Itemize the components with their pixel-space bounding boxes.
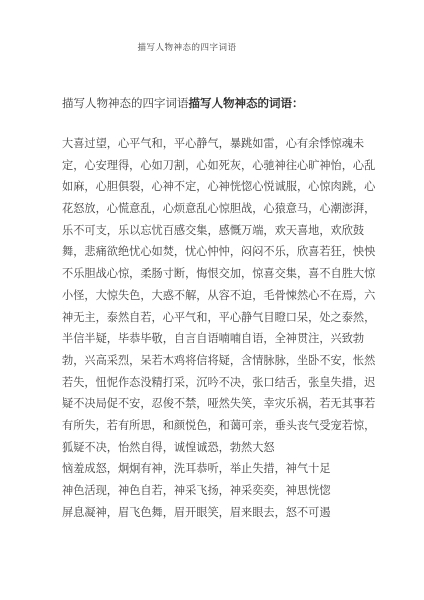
body-text-line: 有所失，若有所思，和颜悦色，和蔼可亲，垂头丧气受宠若惊， xyxy=(62,416,362,438)
document-title-plain: 描写人物神态的四字词语 xyxy=(62,98,189,110)
document-body: 大喜过望，心平气和，平心静气，暴跳如雷，心有余悸惊魂未 定，心安理得，心如刀割，… xyxy=(62,134,362,524)
body-text-line: 大喜过望，心平气和，平心静气，暴跳如雷，心有余悸惊魂未 xyxy=(62,134,362,156)
body-text-line: 如麻，心胆俱裂，心神不定，心神恍惚心悦诚服，心惊肉跳，心 xyxy=(62,177,362,199)
body-text-line: 恼羞成怒，炯炯有神，洗耳恭听，举止失措，神气十足 xyxy=(62,459,362,481)
body-text-line: 疑不决局促不安，忍俊不禁，哑然失笑，幸灾乐祸，若无其事若 xyxy=(62,394,362,416)
document-title: 描写人物神态的四字词语描写人物神态的词语： xyxy=(62,95,382,111)
body-text-line: 神色活现，神色自若，神采飞扬，神采奕奕，神思恍惚 xyxy=(62,481,362,503)
body-text-line: 狐疑不决，怡然自得，诚惶诚恐，勃然大怒 xyxy=(62,438,362,460)
body-text-line: 神无主，泰然自若，心平气和，平心静气目瞪口呆，处之泰然， xyxy=(62,308,362,330)
body-text-line: 勃，兴高采烈，呆若木鸡将信将疑，含情脉脉，坐卧不安，怅然 xyxy=(62,351,362,373)
body-text-line: 乐不可支，乐以忘忧百感交集，感慨万端，欢天喜地，欢欣鼓 xyxy=(62,221,362,243)
body-text-line: 花怒放，心慌意乱，心烦意乱心惊胆战，心猿意马，心潮澎湃， xyxy=(62,199,362,221)
body-text-line: 舞，悲痛欲绝忧心如焚，忧心忡忡，闷闷不乐，欣喜若狂，怏怏 xyxy=(62,242,362,264)
document-page: 描写人物神态的四字词语 描写人物神态的四字词语描写人物神态的词语： 大喜过望，心… xyxy=(0,0,424,600)
body-text-line: 屏息凝神，眉飞色舞，眉开眼笑，眉来眼去，怒不可遏 xyxy=(62,503,362,525)
body-text-line: 小怪，大惊失色，大惑不解，从容不迫，毛骨悚然心不在焉，六 xyxy=(62,286,362,308)
body-text-line: 若失，忸怩作态没精打采，沉吟不决，张口结舌，张皇失措，迟 xyxy=(62,373,362,395)
body-text-line: 不乐胆战心惊，柔肠寸断，悔恨交加，惊喜交集，喜不自胜大惊 xyxy=(62,264,362,286)
body-text-line: 半信半疑，毕恭毕敬，自言自语喃喃自语，全神贯注，兴致勃 xyxy=(62,329,362,351)
document-title-bold: 描写人物神态的词语： xyxy=(189,98,304,110)
page-header-text: 描写人物神态的四字词语 xyxy=(0,41,374,53)
body-text-line: 定，心安理得，心如刀割，心如死灰，心驰神往心旷神怡，心乱 xyxy=(62,156,362,178)
